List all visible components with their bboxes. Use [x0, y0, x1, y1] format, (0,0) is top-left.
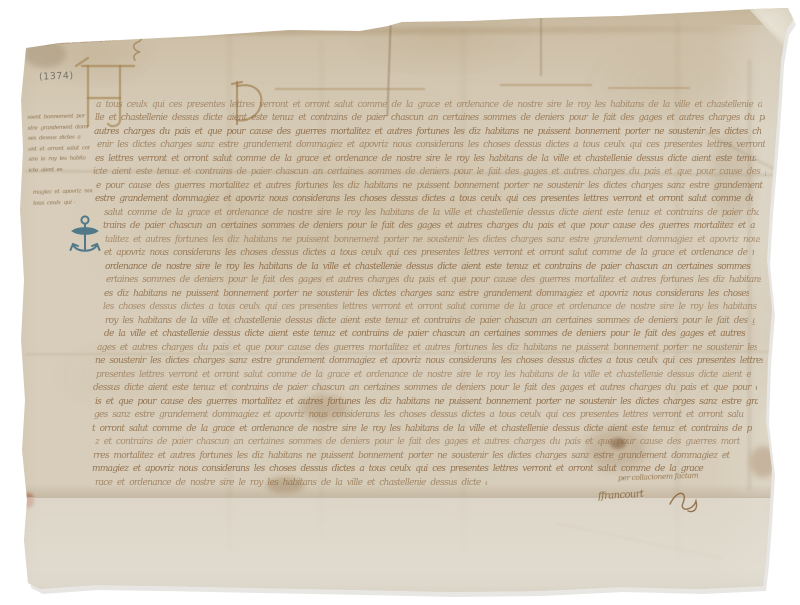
parchment-charter: registrata in camera compotorum (1374) s…	[0, 0, 800, 605]
parchment-edge-shading	[0, 0, 800, 605]
photo-canvas: registrata in camera compotorum (1374) s…	[0, 0, 800, 605]
